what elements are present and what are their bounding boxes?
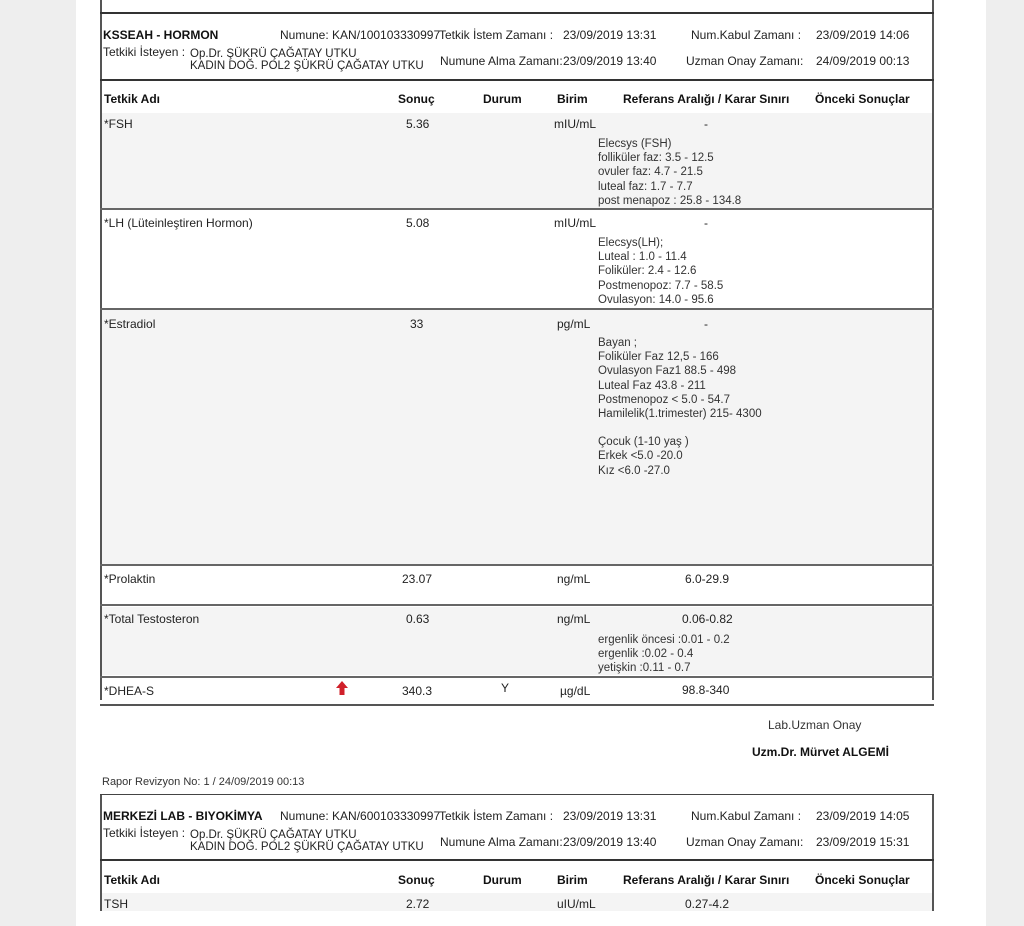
test-reference: 98.8-340: [682, 683, 729, 697]
note-line: yetişkin :0.11 - 0.7: [598, 661, 730, 675]
col-header-status: Durum: [483, 873, 522, 887]
col-header-reference: Referans Aralığı / Karar Sınırı: [623, 92, 789, 106]
request-time-label: Tetkik İstem Zamanı :: [439, 28, 553, 42]
test-reference: 0.27-4.2: [685, 897, 729, 911]
divider: [100, 794, 934, 795]
row-divider: [100, 308, 934, 310]
request-time-value: 23/09/2019 13:31: [563, 809, 656, 823]
requester-label: Tetkiki İsteyen :: [103, 45, 185, 59]
approval-label: Lab.Uzman Onay: [768, 718, 861, 732]
test-unit: mIU/mL: [554, 117, 596, 131]
divider: [100, 12, 934, 14]
lab-name: KSSEAH - HORMON: [103, 28, 218, 42]
request-time-value: 23/09/2019 13:31: [563, 28, 656, 42]
col-header-reference: Referans Aralığı / Karar Sınırı: [623, 873, 789, 887]
note-line: Luteal Faz 43.8 - 211: [598, 379, 762, 393]
test-unit: µg/dL: [560, 684, 590, 698]
row-shade: [102, 310, 932, 564]
lab-name: MERKEZİ LAB - BIYOKİMYA: [103, 809, 263, 823]
requester-line-2: KADIN DOĞ. POL2 ŞÜKRÜ ÇAĞATAY UTKU: [190, 841, 424, 853]
test-unit: ng/mL: [557, 572, 590, 586]
collection-time-value: 23/09/2019 13:40: [563, 54, 656, 68]
divider: [100, 859, 934, 861]
test-unit: mIU/mL: [554, 216, 596, 230]
test-reference: 0.06-0.82: [682, 612, 733, 626]
note-line: Hamilelik(1.trimester) 215- 4300: [598, 407, 762, 421]
note-line: post menapoz : 25.8 - 134.8: [598, 194, 741, 208]
test-reference: -: [704, 216, 708, 230]
note-line: Luteal : 1.0 - 11.4: [598, 250, 723, 264]
test-result: 2.72: [406, 897, 429, 911]
requester-label: Tetkiki İsteyen :: [103, 826, 185, 840]
col-header-previous: Önceki Sonuçlar: [815, 873, 910, 887]
approval-time-label: Uzman Onay Zamanı:: [686, 54, 803, 68]
test-status: Y: [501, 681, 509, 695]
test-name: *FSH: [104, 117, 133, 131]
sample-number: Numune: KAN/600103330997: [280, 809, 440, 823]
col-header-name: Tetkik Adı: [104, 92, 160, 106]
col-header-unit: Birim: [557, 873, 588, 887]
accept-time-value: 23/09/2019 14:05: [816, 809, 909, 823]
note-line: Postmenopoz < 5.0 - 54.7: [598, 393, 762, 407]
row-divider: [100, 564, 934, 566]
report-revision: Rapor Revizyon No: 1 / 24/09/2019 00:13: [102, 776, 304, 788]
test-unit: uIU/mL: [557, 897, 596, 911]
test-unit: pg/mL: [557, 317, 590, 331]
approval-time-value: 24/09/2019 00:13: [816, 54, 909, 68]
test-result: 33: [410, 317, 423, 331]
requester-line-1: Op.Dr. ŞÜKRÜ ÇAĞATAY UTKU: [190, 829, 424, 841]
reference-notes: ergenlik öncesi :0.01 - 0.2 ergenlik :0.…: [598, 633, 730, 676]
test-name: *Prolaktin: [104, 572, 155, 586]
reference-notes: Elecsys(LH); Luteal : 1.0 - 11.4 Folikül…: [598, 236, 723, 307]
note-line: Postmenopoz: 7.7 - 58.5: [598, 279, 723, 293]
note-line: Foliküler: 2.4 - 12.6: [598, 264, 723, 278]
note-spacer: [598, 421, 762, 435]
reference-notes: Bayan ; Foliküler Faz 12,5 - 166 Ovulasy…: [598, 336, 762, 478]
requester-name: Op.Dr. ŞÜKRÜ ÇAĞATAY UTKU KADIN DOĞ. POL…: [190, 48, 424, 72]
col-header-previous: Önceki Sonuçlar: [815, 92, 910, 106]
test-name: TSH: [104, 897, 128, 911]
approval-time-value: 23/09/2019 15:31: [816, 835, 909, 849]
request-time-label: Tetkik İstem Zamanı :: [439, 809, 553, 823]
row-divider: [100, 676, 934, 678]
accept-time-label: Num.Kabul Zamanı :: [691, 809, 801, 823]
col-header-unit: Birim: [557, 92, 588, 106]
divider: [100, 79, 934, 81]
note-line: Foliküler Faz 12,5 - 166: [598, 350, 762, 364]
report-page: KSSEAH - HORMON Numune: KAN/100103330997…: [76, 0, 986, 926]
reference-notes: Elecsys (FSH) folliküler faz: 3.5 - 12.5…: [598, 137, 741, 208]
col-header-result: Sonuç: [398, 873, 435, 887]
sample-number: Numune: KAN/100103330997: [280, 28, 440, 42]
note-line: Elecsys (FSH): [598, 137, 741, 151]
col-header-result: Sonuç: [398, 92, 435, 106]
accept-time-label: Num.Kabul Zamanı :: [691, 28, 801, 42]
col-header-status: Durum: [483, 92, 522, 106]
note-line: Kız <6.0 -27.0: [598, 464, 762, 478]
col-header-name: Tetkik Adı: [104, 873, 160, 887]
test-result: 23.07: [402, 572, 432, 586]
test-result: 340.3: [402, 684, 432, 698]
note-line: ergenlik :0.02 - 0.4: [598, 647, 730, 661]
test-reference: -: [704, 117, 708, 131]
test-name: *Total Testosteron: [104, 612, 199, 626]
collection-time-value: 23/09/2019 13:40: [563, 835, 656, 849]
requester-line-2: KADIN DOĞ. POL2 ŞÜKRÜ ÇAĞATAY UTKU: [190, 60, 424, 72]
test-name: *DHEA-S: [104, 684, 154, 698]
test-reference: 6.0-29.9: [685, 572, 729, 586]
accept-time-value: 23/09/2019 14:06: [816, 28, 909, 42]
row-divider: [100, 208, 934, 210]
row-divider: [100, 604, 934, 606]
note-line: ovuler faz: 4.7 - 21.5: [598, 165, 741, 179]
collection-time-label: Numune Alma Zamanı:: [440, 835, 563, 849]
row-shade: [102, 893, 932, 911]
note-line: luteal faz: 1.7 - 7.7: [598, 180, 741, 194]
test-result: 0.63: [406, 612, 429, 626]
test-unit: ng/mL: [557, 612, 590, 626]
note-line: Çocuk (1-10 yaş ): [598, 435, 762, 449]
note-line: Elecsys(LH);: [598, 236, 723, 250]
note-line: folliküler faz: 3.5 - 12.5: [598, 151, 741, 165]
requester-name: Op.Dr. ŞÜKRÜ ÇAĞATAY UTKU KADIN DOĞ. POL…: [190, 829, 424, 853]
note-line: Erkek <5.0 -20.0: [598, 449, 762, 463]
test-result: 5.36: [406, 117, 429, 131]
note-line: Ovulasyon Faz1 88.5 - 498: [598, 364, 762, 378]
page-cutoff: [100, 911, 936, 926]
test-reference: -: [704, 317, 708, 331]
note-line: Bayan ;: [598, 336, 762, 350]
row-shade: [102, 113, 932, 208]
requester-line-1: Op.Dr. ŞÜKRÜ ÇAĞATAY UTKU: [190, 48, 424, 60]
divider: [100, 704, 934, 706]
test-name: *LH (Lüteinleştiren Hormon): [104, 216, 253, 230]
row-shade: [102, 607, 932, 675]
note-line: Ovulasyon: 14.0 - 95.6: [598, 293, 723, 307]
approving-doctor: Uzm.Dr. Mürvet ALGEMİ: [752, 745, 889, 759]
test-name: *Estradiol: [104, 317, 155, 331]
collection-time-label: Numune Alma Zamanı:: [440, 54, 563, 68]
high-arrow-icon: [335, 680, 349, 696]
note-line: ergenlik öncesi :0.01 - 0.2: [598, 633, 730, 647]
test-result: 5.08: [406, 216, 429, 230]
approval-time-label: Uzman Onay Zamanı:: [686, 835, 803, 849]
